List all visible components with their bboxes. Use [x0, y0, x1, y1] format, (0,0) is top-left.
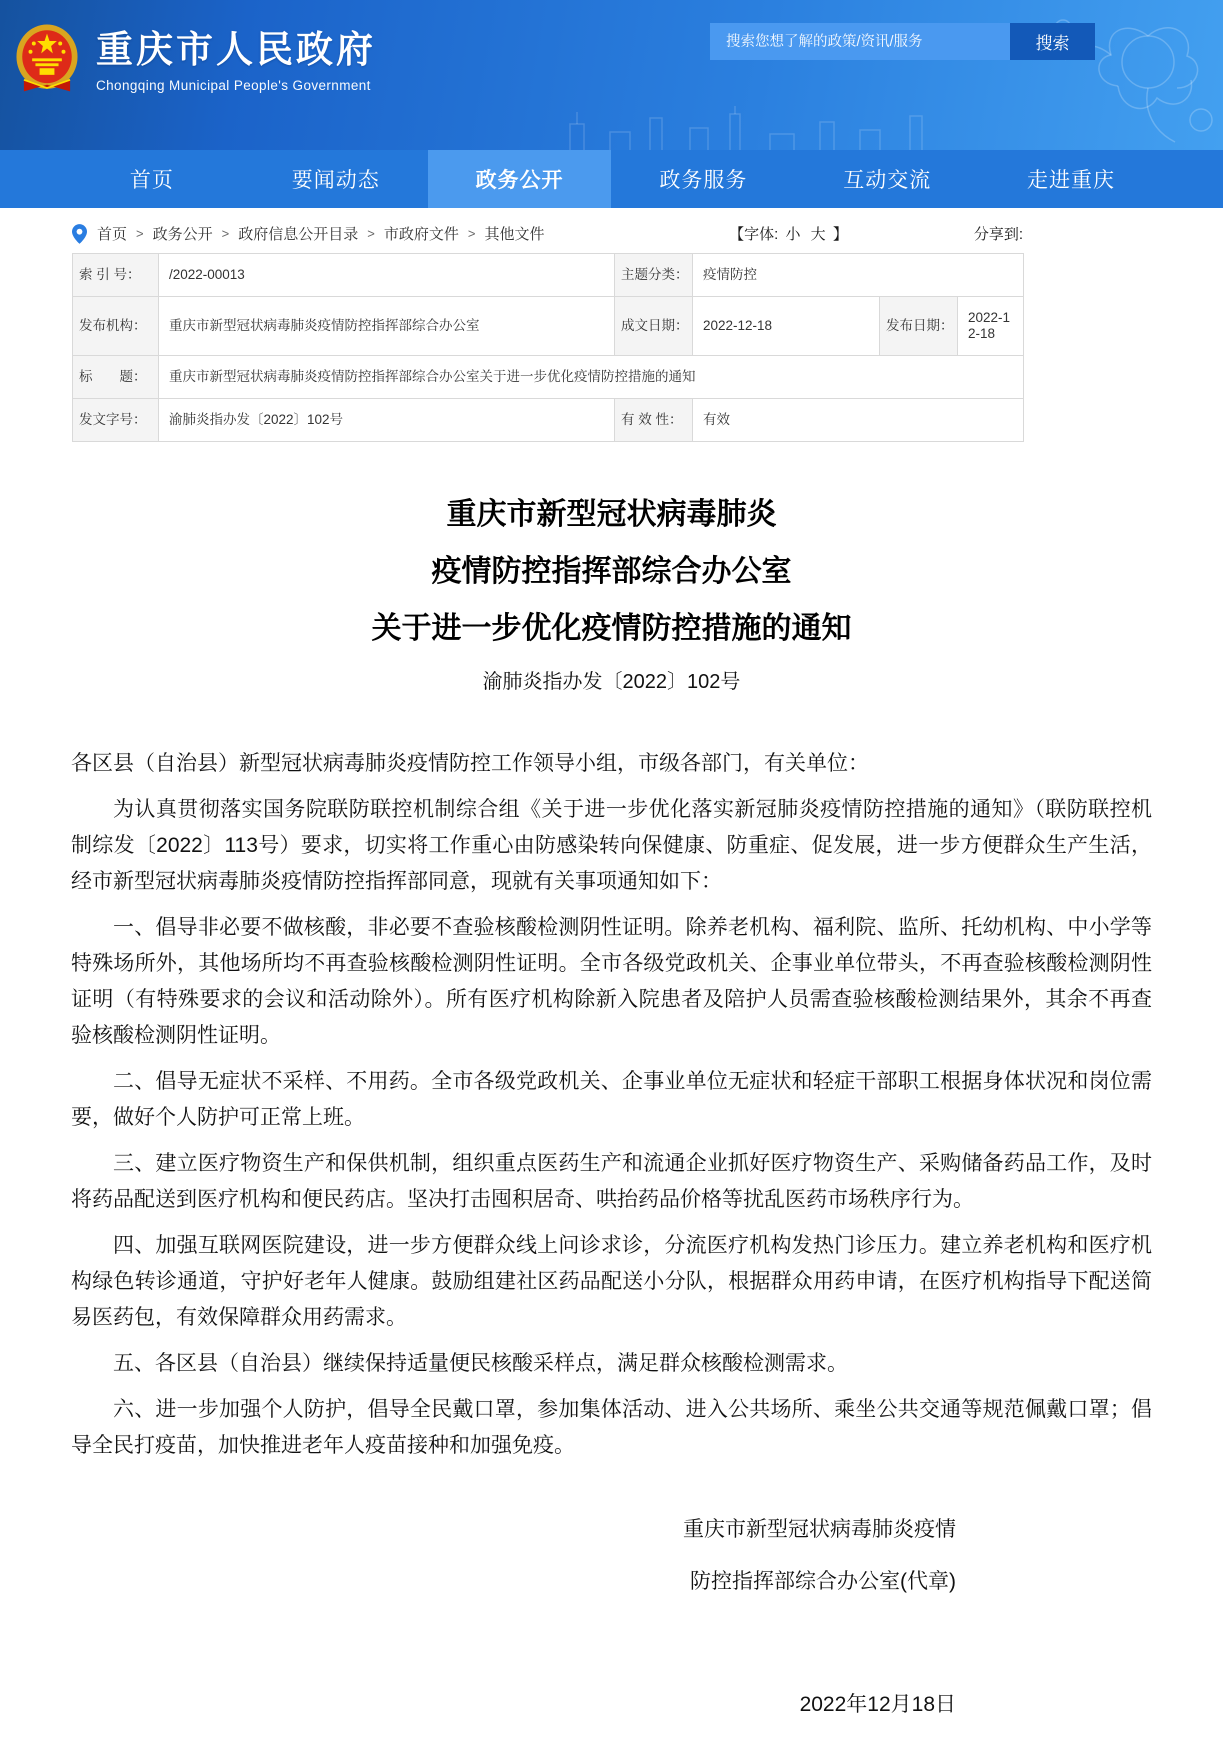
decorative-skyline-art [560, 104, 980, 150]
signature-org-line-1: 重庆市新型冠状病毒肺炎疫情 [71, 1504, 956, 1556]
document-meta-table: 索 引 号： /2022-00013 主题分类： 疫情防控 发布机构： 重庆市新… [72, 253, 1024, 442]
paragraph-item-1: 一、倡导非必要不做核酸，非必要不查验核酸检测阴性证明。除养老机构、福利院、监所、… [71, 910, 1152, 1054]
issuing-org-value: 重庆市新型冠状病毒肺炎疫情防控指挥部综合办公室 [159, 297, 615, 356]
document-reference-number: 渝肺炎指办发〔2022〕102号 [71, 668, 1152, 696]
topic-category-label: 主题分类： [615, 254, 693, 297]
site-header: 重庆市人民政府 Chongqing Municipal People's Gov… [0, 0, 1223, 150]
font-widget-suffix: 】 [833, 226, 848, 243]
main-nav: 首页 要闻动态 政务公开 政务服务 互动交流 走进重庆 [0, 150, 1223, 208]
nav-item-gov-services[interactable]: 政务服务 [611, 150, 795, 208]
document-title-line: 重庆市新型冠状病毒肺炎 [71, 494, 1152, 536]
topic-category-value: 疫情防控 [693, 254, 1024, 297]
index-number-label: 索 引 号： [73, 254, 159, 297]
paragraph-item-2: 二、倡导无症状不采样、不用药。全市各级党政机关、企事业单位无症状和轻症干部职工根… [71, 1064, 1152, 1136]
table-row: 发文字号： 渝肺炎指办发〔2022〕102号 有 效 性： 有效 [73, 399, 1024, 442]
salutation: 各区县（自治县）新型冠状病毒肺炎疫情防控工作领导小组，市级各部门，有关单位： [71, 746, 1152, 782]
paragraph-item-6: 六、进一步加强个人防护，倡导全民戴口罩，参加集体活动、进入公共场所、乘坐公共交通… [71, 1392, 1152, 1464]
paragraph-item-3: 三、建立医疗物资生产和保供机制，组织重点医药生产和流通企业抓好医疗物资生产、采购… [71, 1146, 1152, 1218]
publish-date-label: 发布日期： [880, 297, 958, 356]
signature-block: 重庆市新型冠状病毒肺炎疫情 防控指挥部综合办公室(代章) 2022年12月18日 [71, 1504, 1152, 1720]
font-large-button[interactable]: 大 [811, 226, 826, 243]
font-size-widget: 【字体: 小 大 】 [729, 223, 848, 244]
doc-number-label: 发文字号： [73, 399, 159, 442]
signature-org-line-2: 防控指挥部综合办公室(代章) [71, 1556, 956, 1608]
nav-item-gov-affairs-open[interactable]: 政务公开 [428, 150, 612, 208]
document-body: 重庆市新型冠状病毒肺炎 疫情防控指挥部综合办公室 关于进一步优化疫情防控措施的通… [71, 494, 1152, 1750]
written-date-value: 2022-12-18 [693, 297, 880, 356]
nav-item-interaction[interactable]: 互动交流 [795, 150, 979, 208]
national-emblem-logo [14, 22, 80, 98]
validity-label: 有 效 性： [615, 399, 693, 442]
breadcrumb-item-gov-open[interactable]: 政务公开 [153, 223, 213, 244]
breadcrumb-item-other-files[interactable]: 其他文件 [484, 223, 544, 244]
table-row: 索 引 号： /2022-00013 主题分类： 疫情防控 [73, 254, 1024, 297]
validity-value: 有效 [693, 399, 1024, 442]
table-row: 发布机构： 重庆市新型冠状病毒肺炎疫情防控指挥部综合办公室 成文日期： 2022… [73, 297, 1024, 356]
publish-date-value: 2022-12-18 [958, 297, 1024, 356]
search-button[interactable]: 搜索 [1010, 23, 1095, 60]
breadcrumb-separator: > [367, 226, 375, 241]
font-small-button[interactable]: 小 [785, 226, 800, 243]
doc-title-label: 标 题： [73, 356, 159, 399]
index-number-value: /2022-00013 [159, 254, 615, 297]
document-title-line: 疫情防控指挥部综合办公室 [71, 551, 1152, 593]
paragraph-item-5: 五、各区县（自治县）继续保持适量便民核酸采样点，满足群众核酸检测需求。 [71, 1346, 1152, 1382]
issuing-org-label: 发布机构： [73, 297, 159, 356]
document-title: 重庆市新型冠状病毒肺炎 疫情防控指挥部综合办公室 关于进一步优化疫情防控措施的通… [71, 494, 1152, 650]
nav-item-home[interactable]: 首页 [60, 150, 244, 208]
breadcrumb-separator: > [222, 226, 230, 241]
search-input[interactable] [710, 23, 1010, 60]
table-row: 标 题： 重庆市新型冠状病毒肺炎疫情防控指挥部综合办公室关于进一步优化疫情防控措… [73, 356, 1024, 399]
breadcrumb-item-city-gov-files[interactable]: 市政府文件 [384, 223, 459, 244]
doc-number-value: 渝肺炎指办发〔2022〕102号 [159, 399, 615, 442]
signature-date: 2022年12月18日 [71, 1690, 956, 1720]
breadcrumb-item-home[interactable]: 首页 [97, 223, 127, 244]
nav-item-about-chongqing[interactable]: 走进重庆 [979, 150, 1163, 208]
breadcrumb-item-info-directory[interactable]: 政府信息公开目录 [238, 223, 358, 244]
document-title-line: 关于进一步优化疫情防控措施的通知 [71, 608, 1152, 650]
doc-title-value: 重庆市新型冠状病毒肺炎疫情防控指挥部综合办公室关于进一步优化疫情防控措施的通知 [159, 356, 1024, 399]
site-subtitle: Chongqing Municipal People's Government [96, 78, 376, 93]
header-search: 搜索 [710, 23, 1095, 60]
paragraph-intro: 为认真贯彻落实国务院联防联控机制综合组《关于进一步优化落实新冠肺炎疫情防控措施的… [71, 792, 1152, 900]
breadcrumb-row: 首页 > 政务公开 > 政府信息公开目录 > 市政府文件 > 其他文件 【字体:… [72, 223, 1023, 244]
paragraph-item-4: 四、加强互联网医院建设，进一步方便群众线上问诊求诊，分流医疗机构发热门诊压力。建… [71, 1228, 1152, 1336]
written-date-label: 成文日期： [615, 297, 693, 356]
breadcrumb: 首页 > 政务公开 > 政府信息公开目录 > 市政府文件 > 其他文件 [72, 223, 729, 244]
breadcrumb-separator: > [468, 226, 476, 241]
location-pin-icon [72, 224, 87, 244]
font-widget-prefix: 【字体: [729, 226, 778, 243]
breadcrumb-separator: > [136, 226, 144, 241]
site-title: 重庆市人民政府 [96, 28, 376, 72]
nav-item-news[interactable]: 要闻动态 [244, 150, 428, 208]
share-label: 分享到: [974, 223, 1023, 244]
